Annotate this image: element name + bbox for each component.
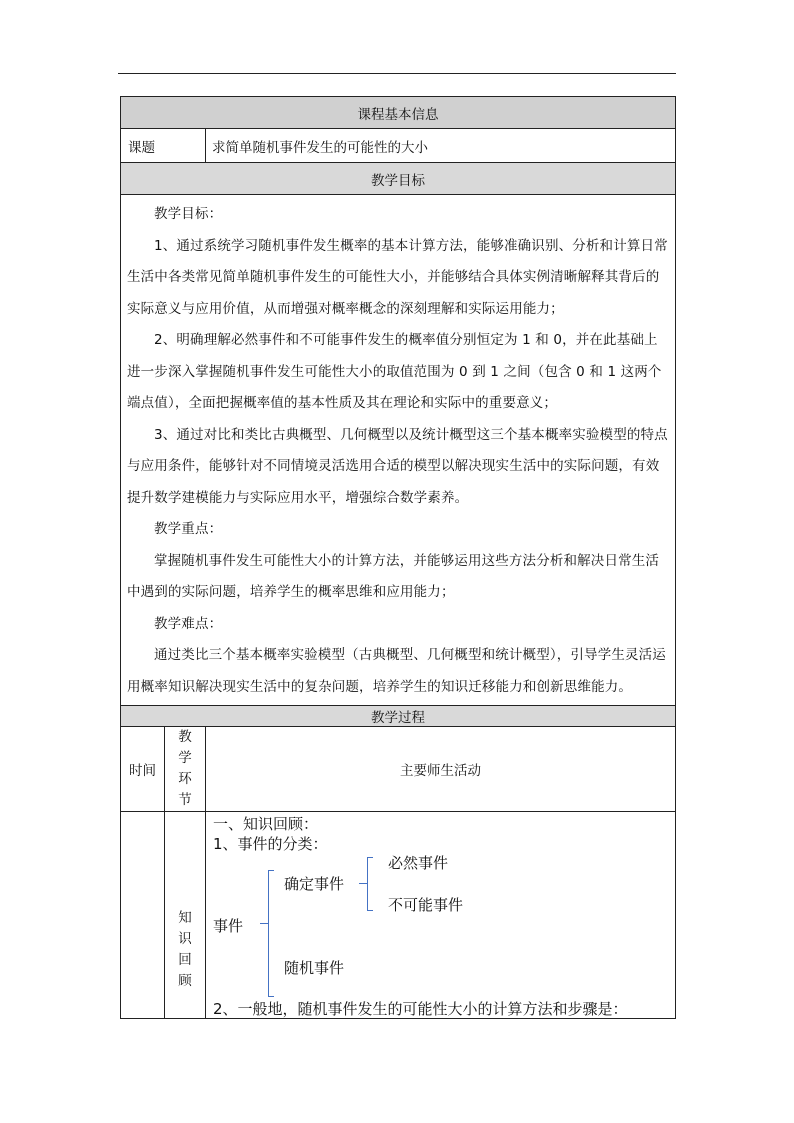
column-header-time: 时间 bbox=[121, 727, 165, 812]
difficulties-text: 通过类比三个基本概率实验模型（古典概型、几何概型和统计概型），引导学生灵活运用概… bbox=[127, 640, 669, 703]
column-header-activity: 主要师生活动 bbox=[206, 727, 676, 812]
process-header: 教学过程 bbox=[121, 706, 676, 727]
review-item-2: 2、一般地，随机事件发生的可能性大小的计算方法和步骤是： bbox=[213, 998, 628, 1019]
topic-value: 求简单随机事件发生的可能性的大小 bbox=[206, 129, 676, 163]
stage-header-vertical: 教学环节 bbox=[165, 727, 205, 811]
objective-1: 1、通过系统学习随机事件发生概率的基本计算方法，能够准确识别、分析和计算日常生活… bbox=[127, 231, 669, 326]
objectives-header: 教学目标 bbox=[121, 163, 676, 195]
course-info-header: 课程基本信息 bbox=[121, 97, 676, 129]
objective-2: 2、明确理解必然事件和不可能事件发生的概率值分别恒定为 1 和 0，并在此基础上… bbox=[127, 325, 669, 420]
column-header-stage: 教学环节 bbox=[165, 727, 206, 812]
outer-brace-icon bbox=[268, 870, 274, 997]
review-heading: 一、知识回顾： bbox=[213, 813, 318, 834]
key-points-text: 掌握随机事件发生可能性大小的计算方法，并能够运用这些方法分析和解决日常生活中遇到… bbox=[127, 546, 669, 609]
tree-random-events: 随机事件 bbox=[284, 957, 344, 978]
key-points-label: 教学重点： bbox=[127, 514, 669, 546]
tree-certain-events: 必然事件 bbox=[388, 852, 448, 873]
tree-determined-events: 确定事件 bbox=[284, 873, 344, 894]
stage-knowledge-review-vertical: 知识回顾 bbox=[165, 908, 205, 992]
difficulties-label: 教学难点： bbox=[127, 609, 669, 641]
objectives-label: 教学目标： bbox=[127, 199, 669, 231]
topic-label: 课题 bbox=[121, 129, 206, 163]
objectives-content: 教学目标： 1、通过系统学习随机事件发生概率的基本计算方法，能够准确识别、分析和… bbox=[121, 195, 676, 706]
inner-brace-tick-icon bbox=[359, 883, 367, 884]
lesson-plan-table: 课程基本信息 课题 求简单随机事件发生的可能性的大小 教学目标 教学目标： 1、… bbox=[120, 96, 676, 1019]
row-time-cell bbox=[121, 812, 165, 1019]
tree-root-events: 事件 bbox=[213, 915, 243, 936]
page-header-rule bbox=[118, 73, 676, 74]
row-stage-cell: 知识回顾 bbox=[165, 812, 206, 1019]
inner-brace-icon bbox=[367, 857, 373, 911]
outer-brace-tick-icon bbox=[260, 923, 268, 924]
tree-impossible-events: 不可能事件 bbox=[388, 894, 463, 915]
review-item-1: 1、事件的分类： bbox=[213, 833, 328, 854]
activity-cell: 一、知识回顾： 1、事件的分类： 事件 确定事件 必然事件 不可能事件 随机事件… bbox=[206, 812, 676, 1019]
objective-3: 3、通过对比和类比古典概型、几何概型以及统计概型这三个基本概率实验模型的特点与应… bbox=[127, 420, 669, 515]
